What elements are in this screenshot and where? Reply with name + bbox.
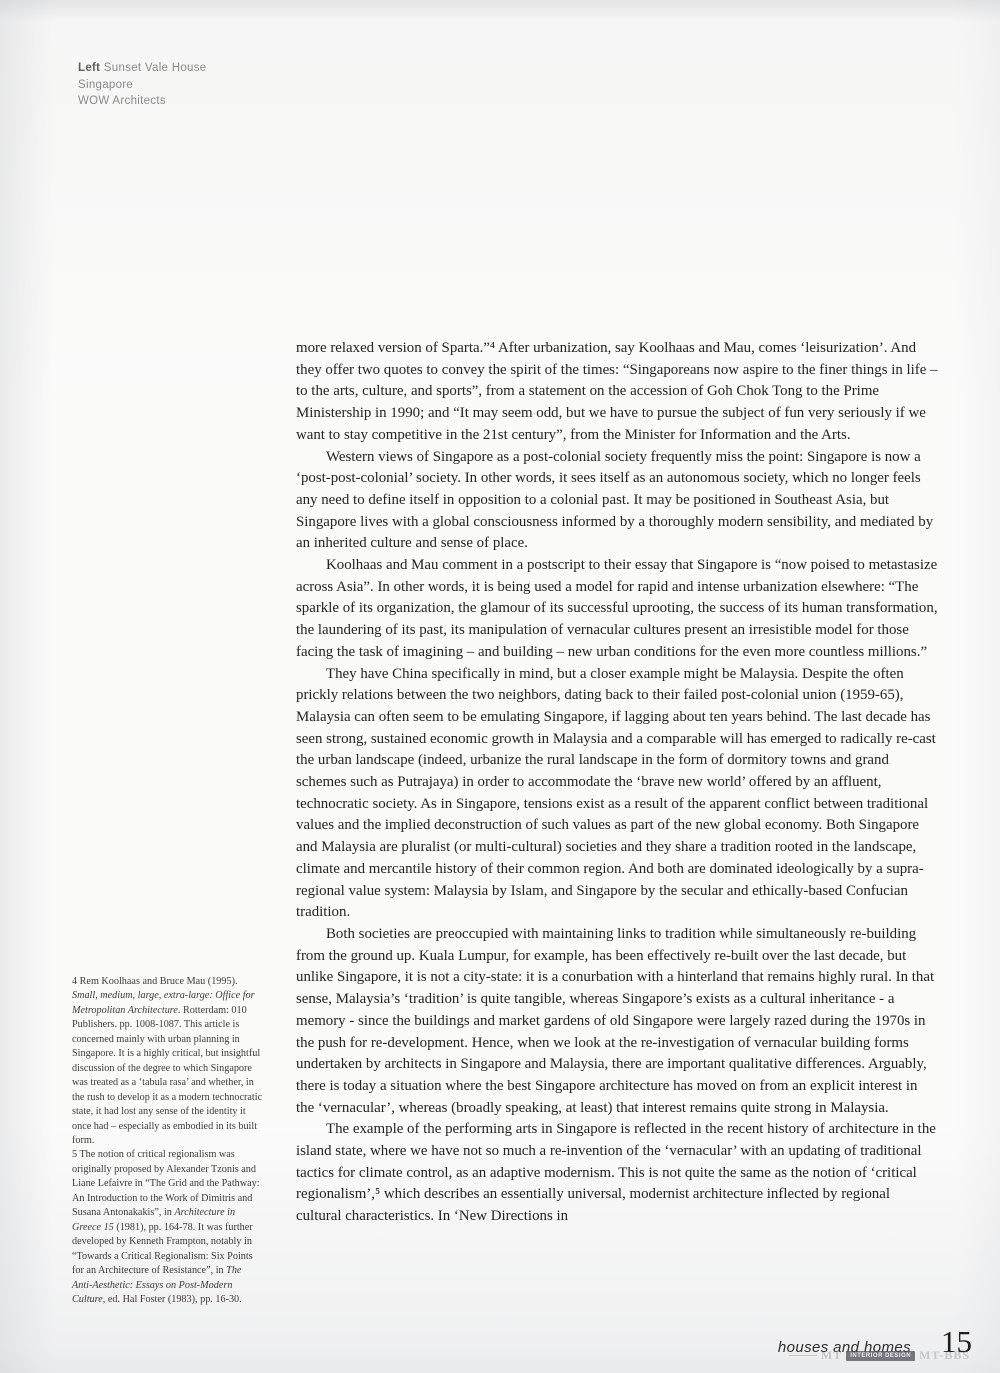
caption-line-1: Left Sunset Vale House (78, 60, 206, 77)
watermark-prefix: MT (821, 1348, 842, 1363)
paragraph: more relaxed version of Sparta.”⁴ After … (296, 338, 938, 447)
scan-watermark: MT INTERIOR DESIGN MT-BBS (789, 1348, 970, 1363)
paragraph: The example of the performing arts in Si… (296, 1119, 938, 1228)
photo-caption: Left Sunset Vale House Singapore WOW Arc… (78, 60, 206, 110)
footnote: 4 Rem Koolhaas and Bruce Mau (1995). Sma… (72, 975, 264, 1148)
caption-house-name: Sunset Vale House (104, 62, 207, 74)
paragraph: They have China specifically in mind, bu… (296, 664, 938, 924)
watermark-rule (789, 1355, 817, 1356)
watermark-badge: INTERIOR DESIGN (846, 1351, 915, 1361)
body-text: more relaxed version of Sparta.”⁴ After … (296, 338, 938, 1228)
book-page: Left Sunset Vale House Singapore WOW Arc… (0, 0, 1000, 1373)
paragraph: Both societies are preoccupied with main… (296, 924, 938, 1119)
caption-position-label: Left (78, 62, 100, 74)
paragraph: Western views of Singapore as a post-col… (296, 447, 938, 556)
footnotes-section: 4 Rem Koolhaas and Bruce Mau (1995). Sma… (72, 975, 264, 1307)
paragraph: Koolhaas and Mau comment in a postscript… (296, 555, 938, 664)
caption-line-2: Singapore (78, 77, 206, 94)
watermark-suffix: MT-BBS (919, 1348, 970, 1363)
footnote: 5 The notion of critical regionalism was… (72, 1148, 264, 1307)
caption-line-3: WOW Architects (78, 93, 206, 110)
